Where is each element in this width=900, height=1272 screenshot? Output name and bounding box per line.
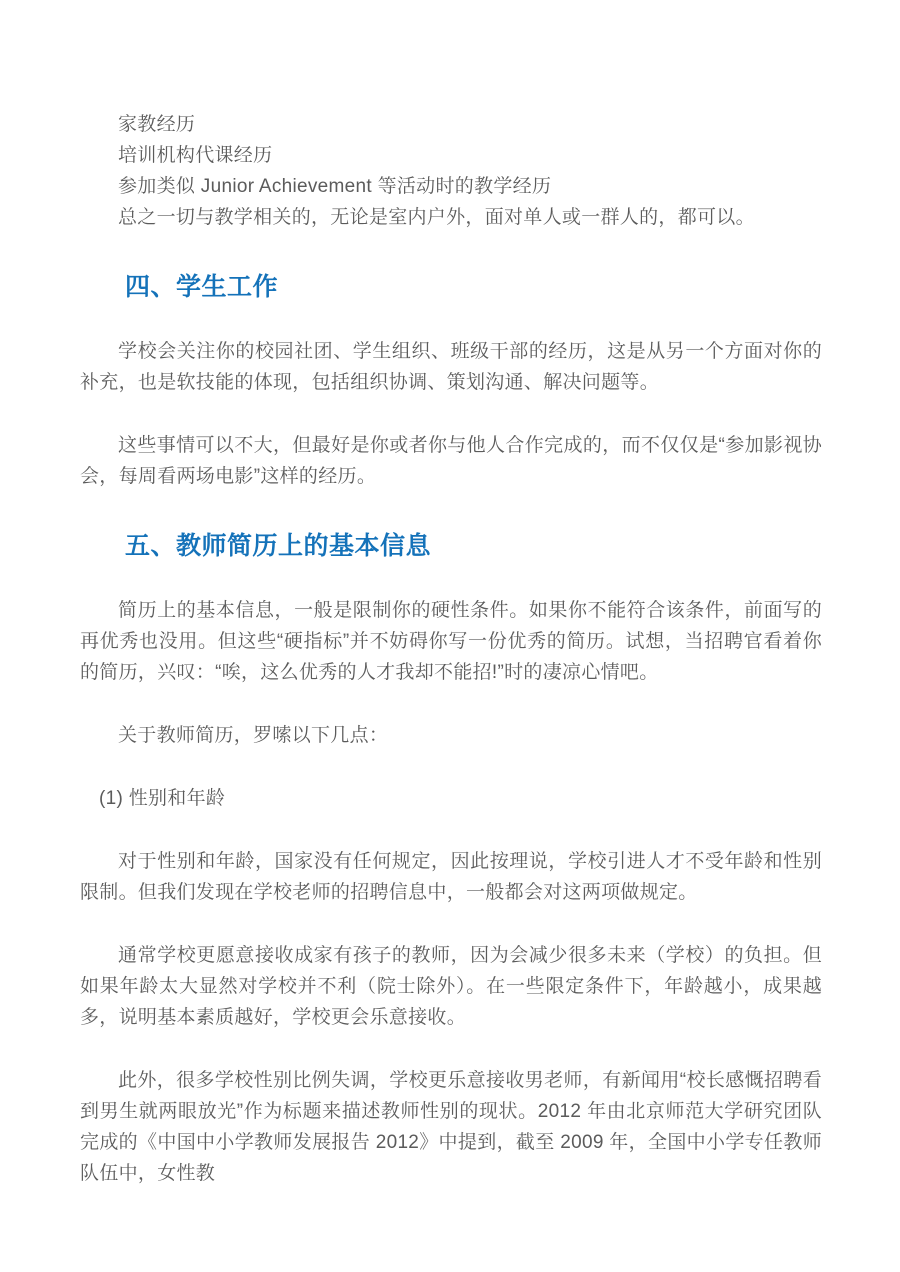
section-heading: 五、教师简历上的基本信息 — [80, 528, 822, 565]
body-paragraph: 学校会关注你的校园社团、学生组织、班级干部的经历，这是从另一个方面对你的补充，也… — [80, 336, 822, 398]
intro-line: 总之一切与教学相关的，无论是室内户外，面对单人或一群人的，都可以。 — [80, 202, 822, 233]
body-paragraph: 此外，很多学校性别比例失调，学校更乐意接收男老师，有新闻用“校长感慨招聘看到男生… — [80, 1065, 822, 1189]
body-paragraph: 这些事情可以不大，但最好是你或者你与他人合作完成的，而不仅仅是“参加影视协会，每… — [80, 430, 822, 492]
body-paragraph: 通常学校更愿意接收成家有孩子的教师，因为会减少很多未来（学校）的负担。但如果年龄… — [80, 940, 822, 1033]
intro-line: 培训机构代课经历 — [80, 140, 822, 171]
document-page: 家教经历培训机构代课经历参加类似 Junior Achievement 等活动时… — [0, 0, 900, 1272]
body-paragraph: 关于教师简历，罗嗦以下几点： — [80, 720, 822, 751]
body-paragraph: 简历上的基本信息，一般是限制你的硬性条件。如果你不能符合该条件，前面写的再优秀也… — [80, 595, 822, 688]
numbered-item: (1) 性别和年龄 — [80, 783, 822, 814]
intro-line: 家教经历 — [80, 109, 822, 140]
body-paragraph: 对于性别和年龄，国家没有任何规定，因此按理说，学校引进人才不受年龄和性别限制。但… — [80, 846, 822, 908]
section-heading: 四、学生工作 — [80, 269, 822, 306]
intro-line: 参加类似 Junior Achievement 等活动时的教学经历 — [80, 171, 822, 202]
